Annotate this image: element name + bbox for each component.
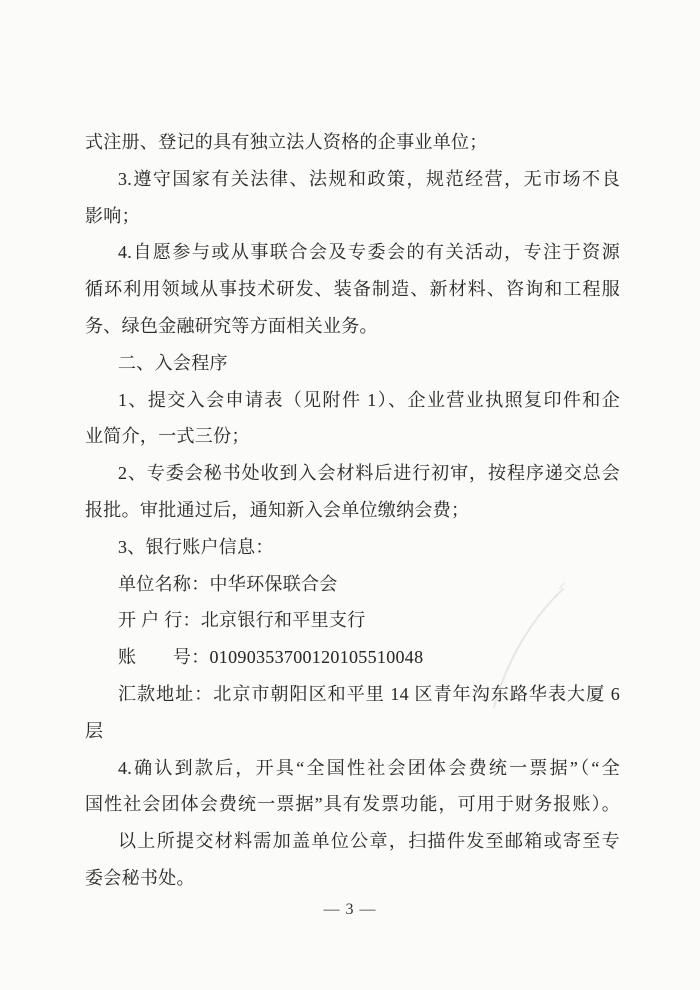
doc-line: 3、银行账户信息： <box>85 529 620 566</box>
doc-line: 以上所提交材料需加盖单位公章，扫描件发至邮箱或寄至专 <box>85 823 620 860</box>
doc-line: 国性社会团体会费统一票据”具有发票功能，可用于财务报账）。 <box>85 786 620 823</box>
doc-line: 循环利用领域从事技术研发、装备制造、新材料、咨询和工程服 <box>85 271 620 308</box>
doc-line: 务、绿色金融研究等方面相关业务。 <box>85 308 620 345</box>
page-number: — 3 — <box>0 901 700 919</box>
doc-line: 4.自愿参与或从事联合会及专委会的有关活动，专注于资源 <box>85 234 620 271</box>
document-body: 式注册、登记的具有独立法人资格的企事业单位； 3.遵守国家有关法律、法规和政策，… <box>85 124 620 897</box>
doc-line: 影响； <box>85 198 620 235</box>
doc-line: 3.遵守国家有关法律、法规和政策，规范经营，无市场不良 <box>85 161 620 198</box>
remittance-address-line: 汇款地址：北京市朝阳区和平里 14 区青年沟东路华表大厦 6 <box>85 676 620 713</box>
doc-line: 业简介，一式三份； <box>85 418 620 455</box>
scanned-document-page: 式注册、登记的具有独立法人资格的企事业单位； 3.遵守国家有关法律、法规和政策，… <box>0 0 700 990</box>
bank-branch-line: 开 户 行：北京银行和平里支行 <box>85 602 620 639</box>
section-heading: 二、入会程序 <box>85 345 620 382</box>
bank-account-number-line: 账 号：01090353700120105510048 <box>85 639 620 676</box>
bank-account-name-line: 单位名称：中华环保联合会 <box>85 566 620 603</box>
doc-line: 委会秘书处。 <box>85 860 620 897</box>
doc-line: 层 <box>85 713 620 750</box>
doc-line: 2、专委会秘书处收到入会材料后进行初审，按程序递交总会 <box>85 455 620 492</box>
doc-line: 4.确认到款后，开具“全国性社会团体会费统一票据”（“全 <box>85 750 620 787</box>
doc-line: 1、提交入会申请表（见附件 1）、企业营业执照复印件和企 <box>85 382 620 419</box>
doc-line: 式注册、登记的具有独立法人资格的企事业单位； <box>85 124 620 161</box>
doc-line: 报批。审批通过后，通知新入会单位缴纳会费； <box>85 492 620 529</box>
